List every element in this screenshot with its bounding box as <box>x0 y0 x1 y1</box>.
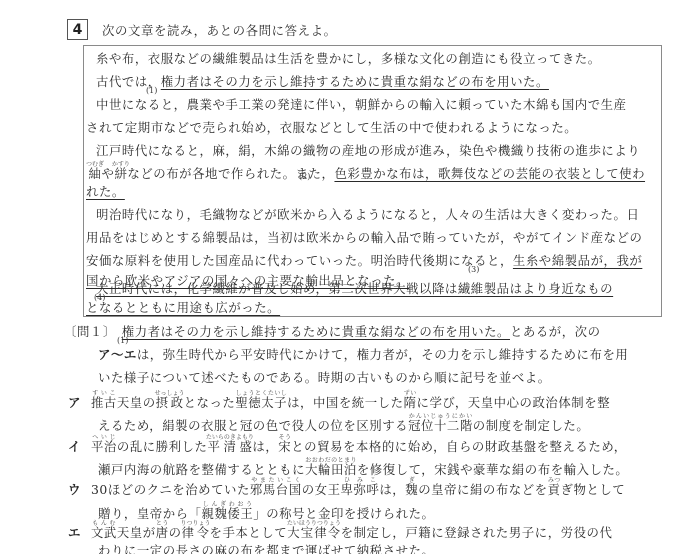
answer-option-3-line-2: 贈り，皇帝から「親魏倭王しんぎわおう」の称号と金印を授けられた。 <box>98 501 434 522</box>
underline-marker-2: (2) <box>299 172 310 181</box>
ruby-word: 聖徳太子しょうとくたいし <box>235 395 287 410</box>
answer-option-2-line-1: イ平治へいじの乱に勝利した平清盛たいらのきよもりは，宋そうとの貿易を本格的に始め… <box>68 434 627 455</box>
ruby-word: 平治へいじ <box>91 439 117 454</box>
passage-paragraph-6-line-1: 大正時代には，化学繊維が普及し始め，第二次世界大戦以降は繊維製品はより身近なもの <box>96 281 613 297</box>
question-1-line-1: 〔問１〕権力者はその力を示し維持するために貴重な絹などの布を用いた。とあるが，次… <box>64 324 601 340</box>
ruby-word: 大輪田泊おおわだのとまり <box>305 462 357 477</box>
underlined-passage-3: 生糸や綿製品が，我が <box>513 253 642 268</box>
underlined-passage-2: 色彩豊かな布は，歌舞伎などの芸能の衣装として使わ <box>334 166 645 181</box>
ruby-word: 律令りつりょう <box>182 525 210 540</box>
ruby-word: 冠位十二階かんいじゅうにかい <box>408 418 473 433</box>
option-label: ア <box>68 395 81 410</box>
ruby-word: 摂政せっしょう <box>156 395 184 410</box>
ruby-word: 親魏倭王しんぎわおう <box>202 506 254 521</box>
passage-paragraph-5-line-1: 明治時代になり，毛織物などが欧米から入るようになると，人々の生活は大きく変わった… <box>96 207 639 223</box>
question-1-line-3: いた様子について述べたものである。時期の古いものから順に記号を並べよ。 <box>98 370 551 386</box>
option-label: イ <box>68 439 81 454</box>
answer-option-3-line-1: ウ30ほどのクニを治めていた邪馬台国やまたいこくの女王卑弥呼ひみこは，魏ぎの皇帝… <box>68 477 625 498</box>
ruby-word: 唐とう <box>156 525 169 540</box>
passage-paragraph-5-line-3: 安価な原料を使用した国産品に代わっていった。明治時代後期になると，生糸や綿製品が… <box>86 253 642 269</box>
answer-option-1-line-1: ア推古すいこ天皇の摂政せっしょうとなった聖徳太子しょうとくたいしは，中国を統一し… <box>68 390 610 411</box>
question-1-quote: 権力者はその力を示し維持するために貴重な絹などの布を用いた。 <box>122 324 510 339</box>
question-1-label: 〔問１〕 <box>64 324 116 339</box>
passage-paragraph-4-line-2: 紬つむぎや絣かすりなどの布が各地で作られた。また，色彩豊かな布は，歌舞伎などの芸… <box>86 161 645 182</box>
underline-marker-3: (3) <box>468 265 479 274</box>
passage-paragraph-6-line-2: となるとともに用途も広がった。 <box>86 300 280 316</box>
answer-option-1-line-2: えるため，絹製の衣服と冠の色で役人の位を区別する冠位十二階かんいじゅうにかいの制… <box>98 413 589 434</box>
question-1-line-2: ア～エは，弥生時代から平安時代にかけて，権力者が，その力を示し維持するために布を… <box>98 347 628 363</box>
passage-paragraph-3-line-1: 中世になると，農業や手工業の発達に伴い，朝鮮からの輸入に頼っていた木綿も国内で生… <box>96 97 627 113</box>
underlined-passage-1: 権力者はその力を示し維持するために貴重な絹などの布を用いた。 <box>161 74 549 89</box>
passage-paragraph-2: 古代では，権力者はその力を示し維持するために貴重な絹などの布を用いた。 <box>96 74 549 90</box>
passage-paragraph-3-line-2: されて定期市などで売られ始め，衣服などとして生活の中で使われるようになった。 <box>86 120 577 136</box>
underline-marker-1: (1) <box>146 86 157 95</box>
underlined-passage-4: 大正時代には，化学繊維が普及し始め，第二次世界大戦以降は繊維製品はより身近なもの <box>96 281 613 296</box>
passage-paragraph-5-line-2: 用品をはじめとする綿製品は，当初は欧米からの輸入品で賄っていたが，やがてインド産… <box>86 230 642 246</box>
option-label: エ <box>68 525 81 540</box>
passage-paragraph-4-line-3: れた。 <box>86 184 125 200</box>
option-label: ウ <box>68 482 81 497</box>
question-number-box: 4 <box>67 19 88 40</box>
ruby-word: 絣かすり <box>114 166 127 181</box>
ruby-word: 宋そう <box>278 439 291 454</box>
question-1-marker: (1) <box>117 336 128 345</box>
ruby-word: 卑弥呼ひみこ <box>341 482 380 497</box>
answer-option-4-line-1: エ文武もんむ天皇が唐とうの律令りつりょうを手本として大宝律令たいほうりつりょうを… <box>68 520 612 541</box>
answer-option-4-line-2: わりに一定の長さの麻の布を都まで運ばせて納税させた。 <box>98 543 434 554</box>
ruby-word: 邪馬台国やまたいこく <box>250 482 302 497</box>
ruby-word: 文武もんむ <box>91 525 117 540</box>
underlined-passage-2-cont: れた。 <box>86 184 125 199</box>
passage-paragraph-4-line-1: 江戸時代になると，麻，絹，木綿の織物の産地の形成が進み，染色や機織り技術の進歩に… <box>96 143 640 159</box>
ruby-word: 大宝律令たいほうりつりょう <box>287 525 340 540</box>
ruby-word: 貢みつ <box>548 482 561 497</box>
passage-paragraph-1: 糸や布，衣服などの繊維製品は生活を豊かにし，多様な文化の創造にも役立ってきた。 <box>96 51 601 67</box>
ruby-word: 推古すいこ <box>91 395 117 410</box>
option-range-label: ア～エ <box>98 347 137 362</box>
ruby-word: 魏ぎ <box>405 482 418 497</box>
underlined-passage-4-cont: となるとともに用途も広がった。 <box>86 300 280 315</box>
ruby-word: 紬つむぎ <box>86 166 101 181</box>
ruby-word: 平清盛たいらのきよもり <box>207 439 252 454</box>
answer-option-2-line-2: 瀬戸内海の航路を整備するとともに大輪田泊おおわだのとまりを修復して，宋銭や豪華な… <box>98 457 628 478</box>
question-intro: 次の文章を読み，あとの各問に答えよ。 <box>102 21 337 39</box>
ruby-word: 隋ずい <box>404 395 417 410</box>
